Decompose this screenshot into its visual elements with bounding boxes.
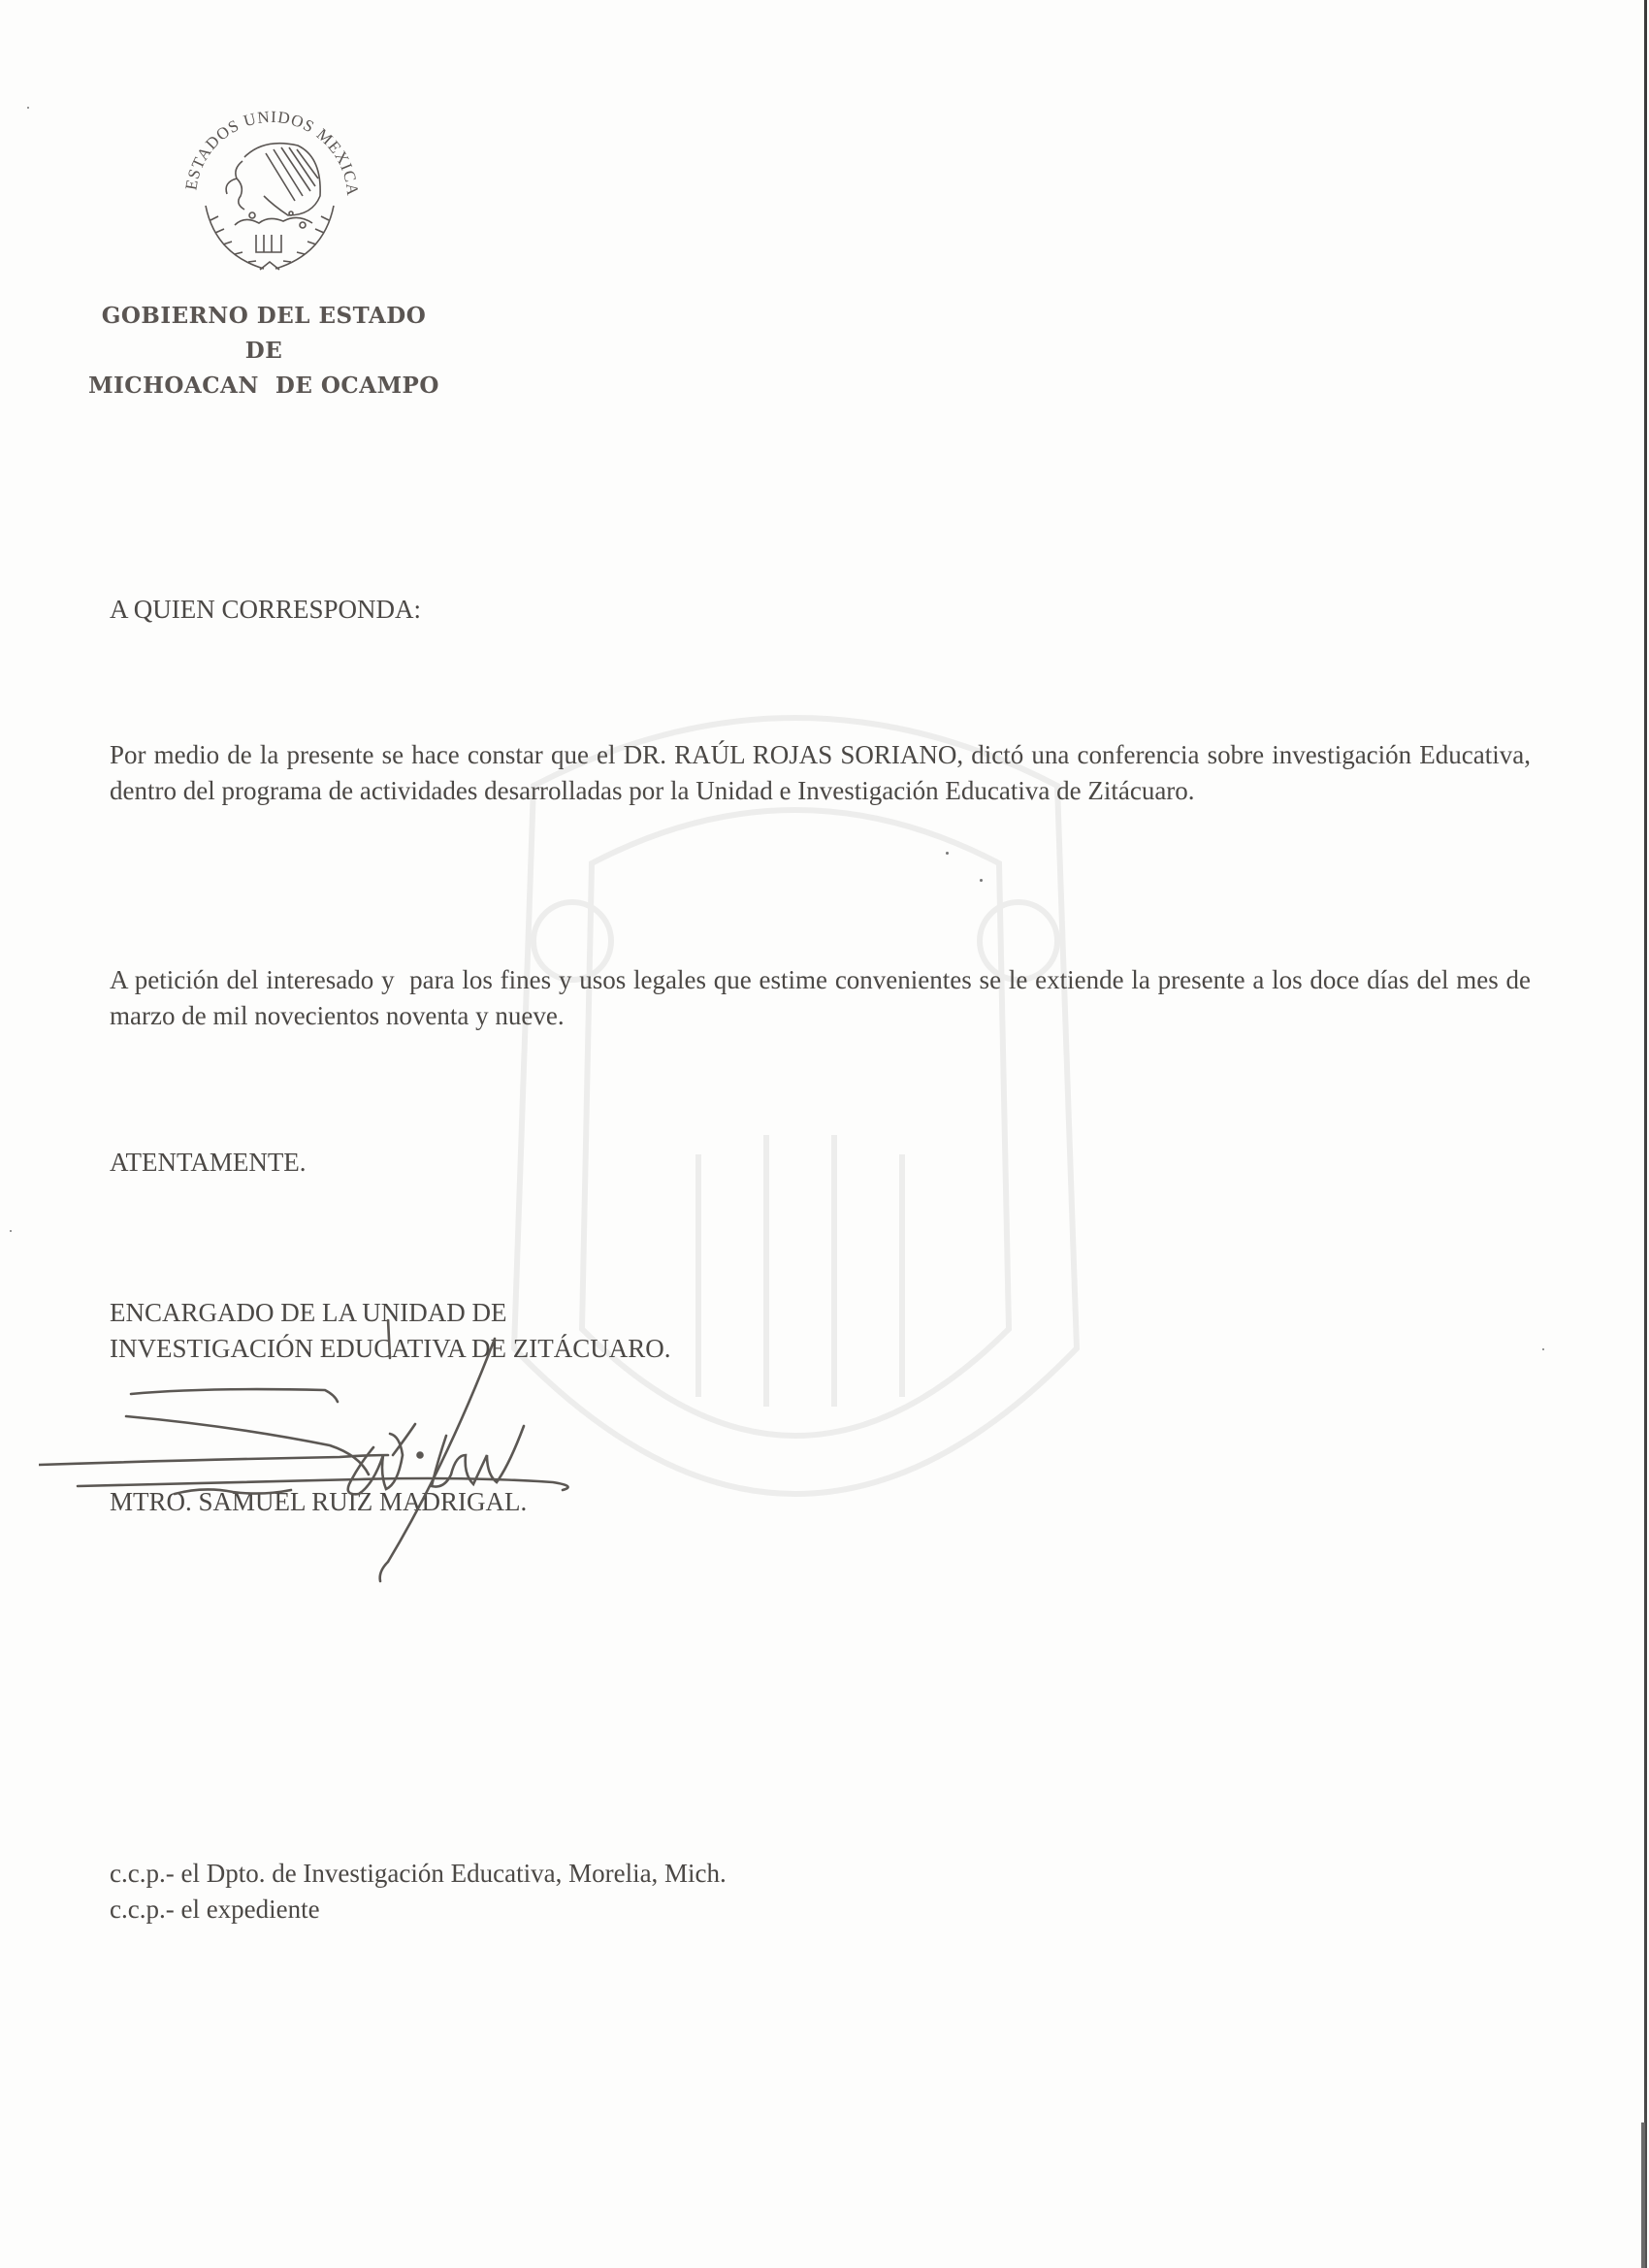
position-line-2: INVESTIGACIÓN EDUCATIVA DE ZITÁCUARO. — [110, 1331, 670, 1367]
salutation: A QUIEN CORRESPONDA: — [110, 592, 421, 628]
scan-speck — [946, 852, 949, 855]
closing: ATENTAMENTE. — [110, 1145, 307, 1181]
body-paragraph-1: Por medio de la presente se hace constar… — [110, 737, 1531, 809]
government-letterhead: GOBIERNO DEL ESTADO DE MICHOACAN DE OCAM… — [70, 299, 458, 404]
carbon-copy-list: c.c.p.- el Dpto. de Investigación Educat… — [110, 1856, 727, 1928]
scanned-letter-page: ESTADOS UNIDOS MEXICANOS GOBIERNO DEL ES… — [0, 0, 1649, 2268]
scan-speck — [27, 107, 29, 109]
scan-speck — [1542, 1348, 1544, 1350]
scan-edge-line — [1644, 0, 1647, 2268]
svg-text:ESTADOS UNIDOS MEXICANOS: ESTADOS UNIDOS MEXICANOS — [167, 89, 362, 197]
letterhead-line-2: DE — [70, 334, 458, 369]
state-shield-watermark-icon — [456, 669, 1135, 1688]
signer-position: ENCARGADO DE LA UNIDAD DE INVESTIGACIÓN … — [110, 1295, 670, 1367]
mexican-coat-of-arms-seal-icon: ESTADOS UNIDOS MEXICANOS — [167, 89, 372, 295]
letterhead-line-3: MICHOACAN DE OCAMPO — [70, 369, 458, 404]
scan-speck — [980, 879, 983, 882]
scan-speck — [10, 1230, 12, 1232]
carbon-copy-item: c.c.p.- el Dpto. de Investigación Educat… — [110, 1856, 727, 1892]
letterhead-line-1: GOBIERNO DEL ESTADO — [70, 299, 458, 334]
scan-edge-line-lower — [1641, 2122, 1645, 2268]
body-paragraph-2: A petición del interesado y para los fin… — [110, 962, 1531, 1034]
signer-name: MTRO. SAMUEL RUIZ MADRIGAL. — [110, 1484, 527, 1520]
position-line-1: ENCARGADO DE LA UNIDAD DE — [110, 1295, 670, 1331]
carbon-copy-item: c.c.p.- el expediente — [110, 1892, 727, 1928]
